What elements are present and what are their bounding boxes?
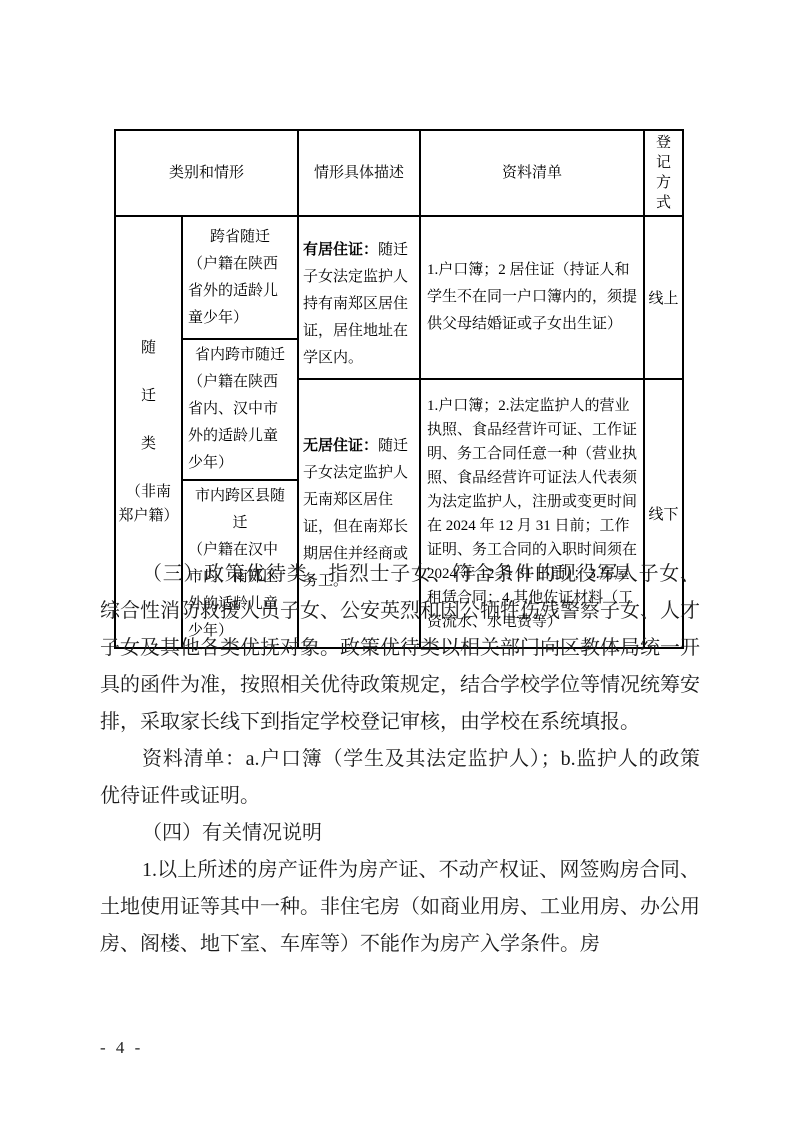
table-row: 随 迁 类 （非南 郑户籍） 跨省随迁 （户籍在陕西省外的适龄儿童少年） 有居住… <box>115 216 683 339</box>
document-page: 类别和情形 情形具体描述 资料清单 登记方式 随 迁 类 （非南 郑户籍） 跨省… <box>0 0 792 1121</box>
paragraph-policy-preference: （三）政策优待类。指烈士子女、符合条件的现役军人子女、综合性消防救援人员子女、公… <box>100 556 700 741</box>
subcategory-detail: （户籍在陕西省外的适龄儿童少年） <box>188 251 292 332</box>
description-lead: 无居住证： <box>303 438 378 454</box>
subcategory-title: 市内跨区县随迁 <box>188 483 292 537</box>
subcategory-title: 省内跨市随迁 <box>188 342 292 369</box>
cell-materials-with-permit: 1.户口簿；2 居住证（持证人和学生不在同一户口簿内的，须提供父母结婚证或子女出… <box>420 216 644 379</box>
table-header-row: 类别和情形 情形具体描述 资料清单 登记方式 <box>115 130 683 216</box>
description-lead: 有居住证： <box>303 242 378 258</box>
cell-subcategory-cross-province: 跨省随迁 （户籍在陕西省外的适龄儿童少年） <box>182 216 298 339</box>
cell-subcategory-cross-city: 省内跨市随迁 （户籍在陕西省内、汉中市外的适龄儿童少年） <box>182 339 298 480</box>
subcategory-detail: （户籍在陕西省内、汉中市外的适龄儿童少年） <box>188 369 292 477</box>
header-method: 登记方式 <box>644 130 683 216</box>
paragraph-property-note: 1.以上所述的房产证件为房产证、不动产权证、网签购房合同、土地使用证等其中一种。… <box>100 852 700 963</box>
header-materials: 资料清单 <box>420 130 644 216</box>
description-text: 随迁子女法定监护人持有南郑区居住证，居住地址在学区内。 <box>303 242 408 366</box>
subcategory-title: 跨省随迁 <box>188 224 292 251</box>
body-text: （三）政策优待类。指烈士子女、符合条件的现役军人子女、综合性消防救援人员子女、公… <box>100 556 700 963</box>
paragraph-section-heading: （四）有关情况说明 <box>100 815 700 852</box>
paragraph-materials-list: 资料清单：a.户口簿（学生及其法定监护人）；b.监护人的政策优待证件或证明。 <box>100 741 700 815</box>
header-category: 类别和情形 <box>115 130 298 216</box>
header-description: 情形具体描述 <box>298 130 420 216</box>
cell-description-with-permit: 有居住证：随迁子女法定监护人持有南郑区居住证，居住地址在学区内。 <box>298 216 420 379</box>
cell-method-online: 线上 <box>644 216 683 379</box>
page-number: - 4 - <box>100 1038 143 1058</box>
